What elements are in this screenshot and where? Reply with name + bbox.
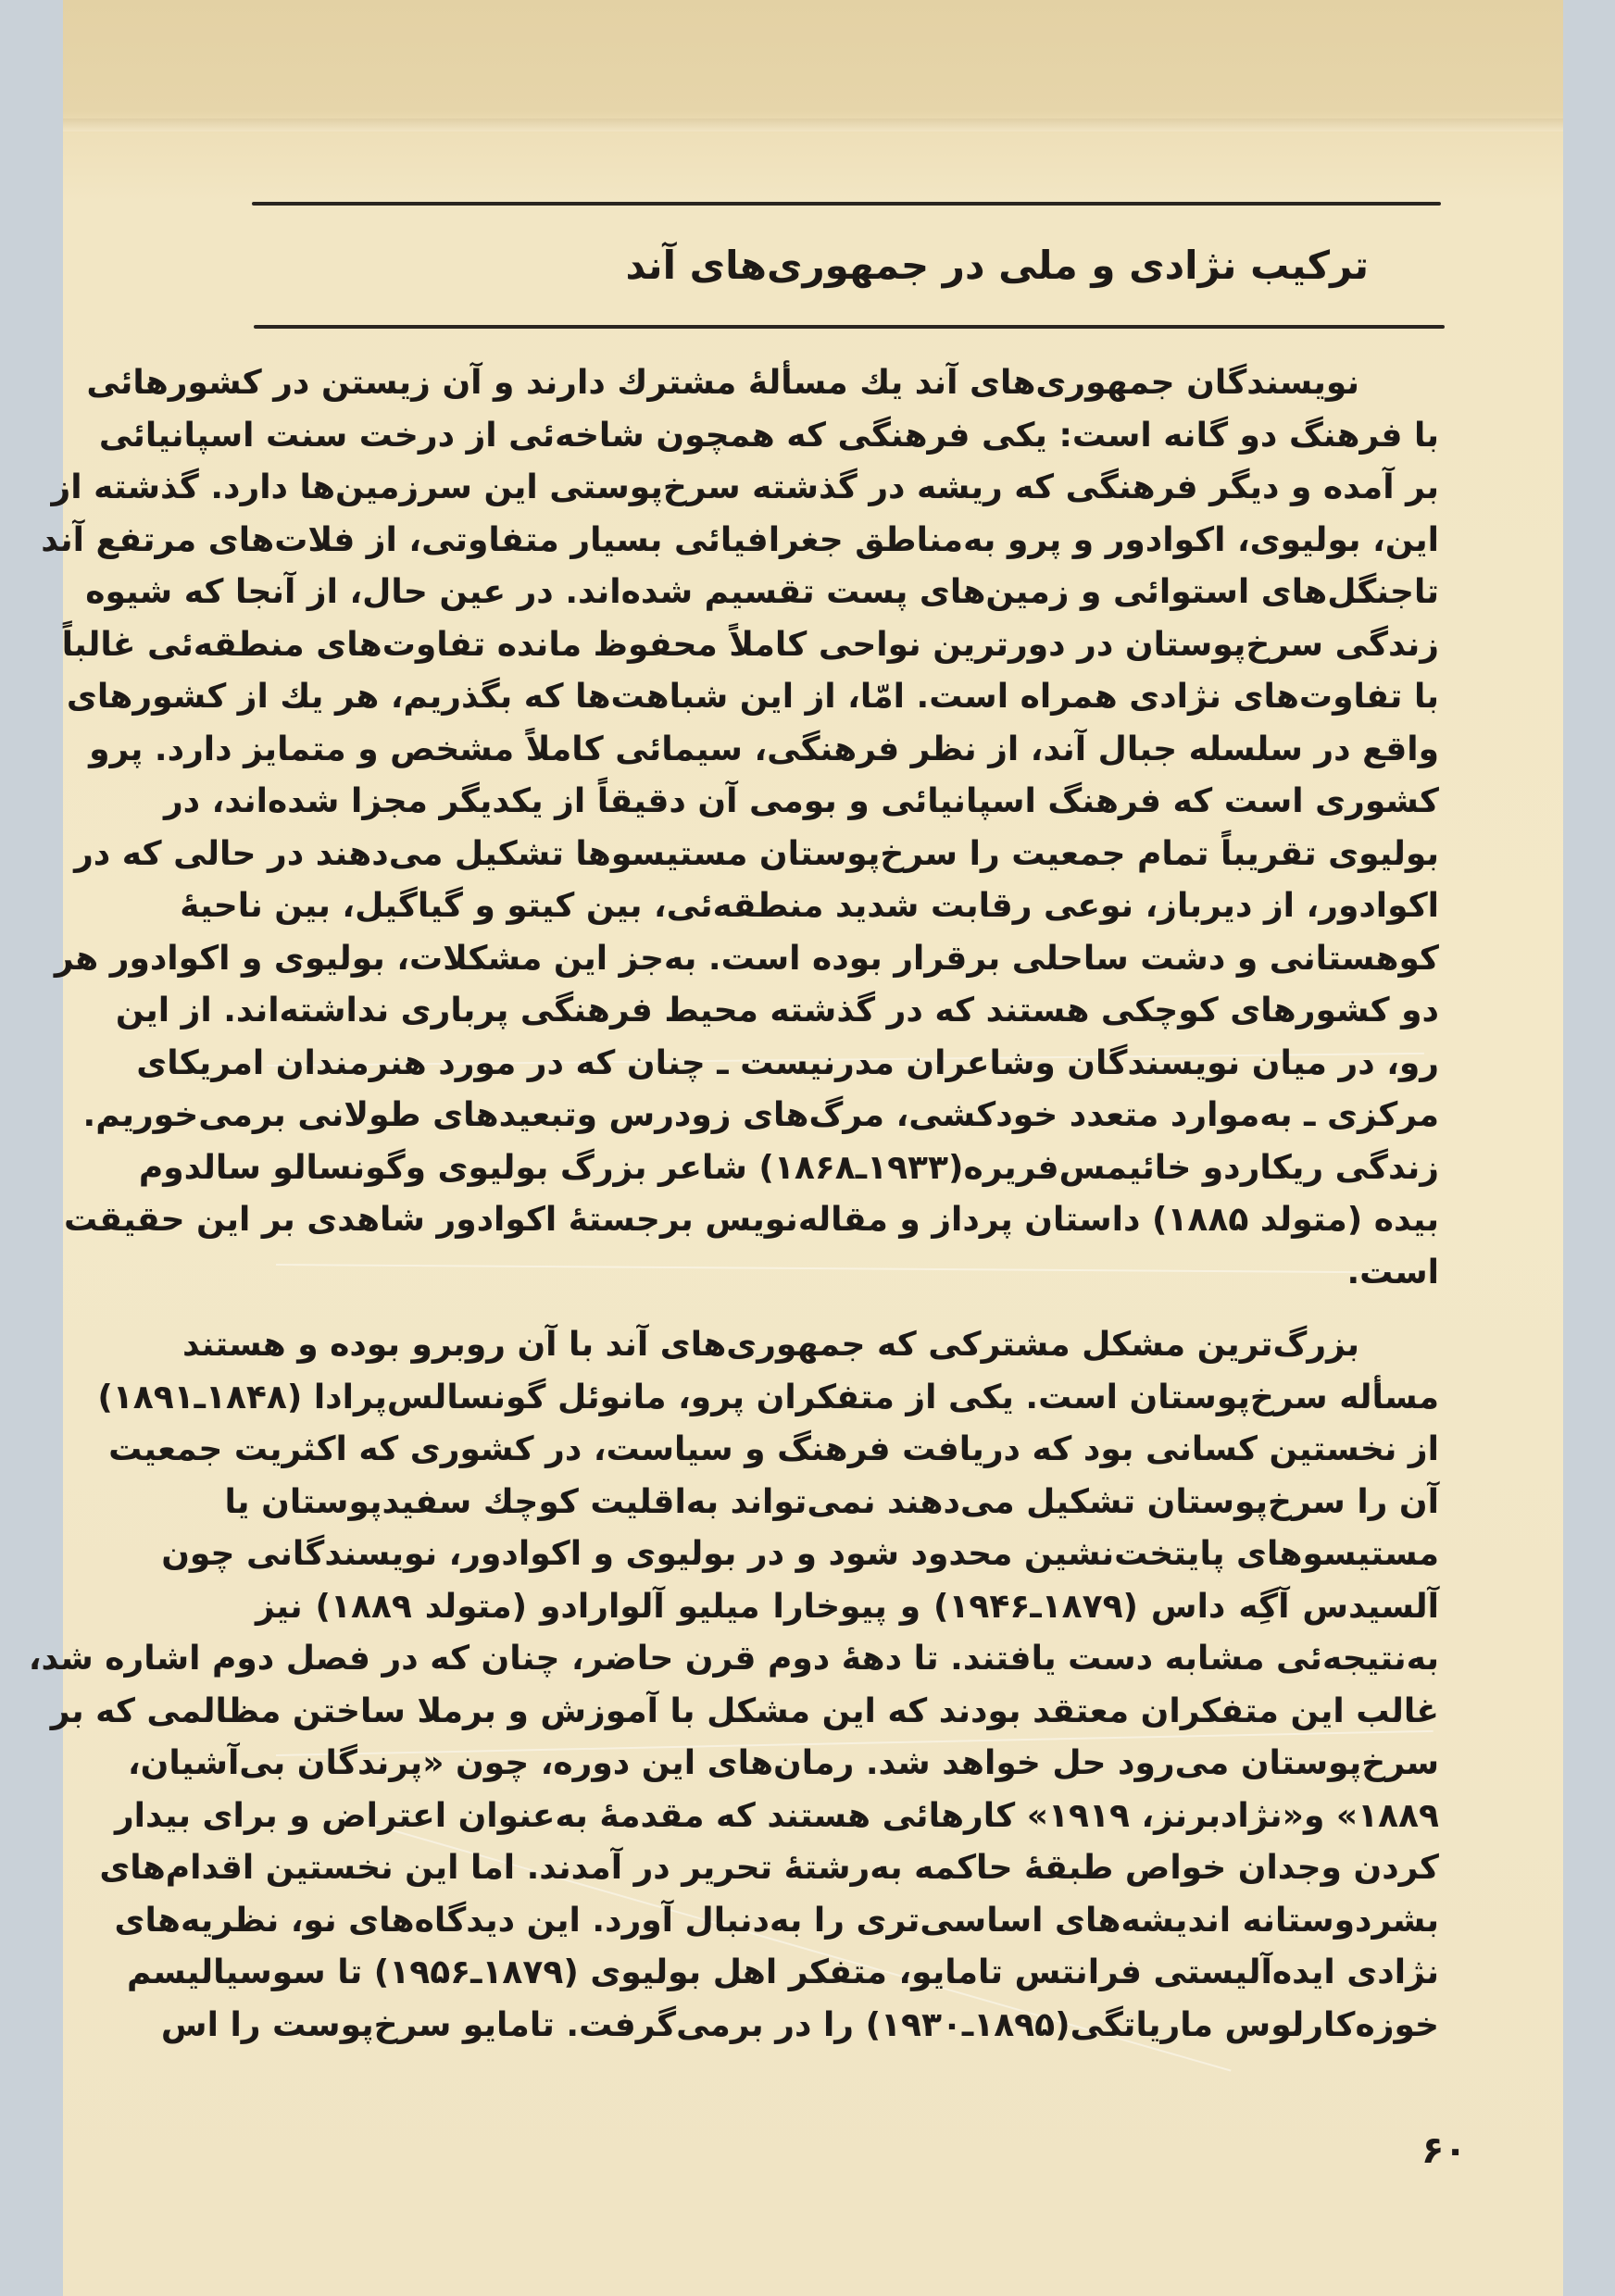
- text-line: از نخستین کسانی بود که دریافت فرهنگ و سی…: [256, 1424, 1439, 1477]
- text-line: بولیوی تقریباً تمام جمعیت را سرخ‌پوستان …: [256, 829, 1439, 881]
- text-line: با تفاوت‌های نژادی همراه است. امّا، از ا…: [256, 671, 1439, 724]
- text-line: بر آمده و دیگر فرهنگی که ریشه در گذشته س…: [256, 462, 1439, 515]
- text-line: مستیسوهای پایتخت‌نشین محدود شود و در بول…: [256, 1529, 1439, 1581]
- text-line: مسأله سرخ‌پوستان است. یکی از متفکران پرو…: [256, 1372, 1439, 1425]
- chapter-title: ترکیب نژادی و ملی در جمهوری‌های آند: [626, 243, 1369, 288]
- text-line: است.: [256, 1247, 1439, 1300]
- text-line: آلسیدس آگِه داس (۱۸۷۹ـ۱۹۴۶) و پیوخارا می…: [256, 1581, 1439, 1634]
- paragraph-2: بزرگ‌ترین مشکل مشترکی که جمهوری‌های آند …: [256, 1319, 1439, 2052]
- text-line: بشردوستانه اندیشه‌های اساسی‌تری را به‌دن…: [256, 1895, 1439, 1948]
- page-number: ۶۰: [1421, 2129, 1467, 2172]
- text-line: با فرهنگ دو گانه است: یکی فرهنگی که همچو…: [256, 410, 1439, 463]
- text-line: بیده (متولد ۱۸۸۵) داستان پرداز و مقاله‌ن…: [256, 1194, 1439, 1247]
- text-line: اکوادور، از دیرباز، نوعی رقابت شدید منطق…: [256, 880, 1439, 933]
- title-rule-bottom: [254, 325, 1445, 329]
- text-line: ۱۸۸۹» و«نژادبرنز، ۱۹۱۹» کارهائی هستند که…: [256, 1791, 1439, 1843]
- text-line: کردن وجدان خواص طبقهٔ حاکمه به‌رشتهٔ تحر…: [256, 1842, 1439, 1895]
- text-line: زندگی ریکاردو خائیمس‌فریره(۱۹۳۳ـ۱۸۶۸) شا…: [256, 1142, 1439, 1195]
- text-line: به‌نتیجه‌ئی مشابه دست یافتند. تا دههٔ دو…: [256, 1633, 1439, 1686]
- body-text: نویسندگان جمهوری‌های آند یك مسألهٔ مشترك…: [256, 357, 1439, 2052]
- text-line: زندگی سرخ‌پوستان در دورترین نواحی کاملاً…: [256, 619, 1439, 672]
- text-line: بزرگ‌ترین مشکل مشترکی که جمهوری‌های آند …: [256, 1319, 1439, 1372]
- text-line: واقع در سلسله جبال آند، از نظر فرهنگی، س…: [256, 724, 1439, 777]
- text-line: رو، در میان نویسندگان وشاعران مدرنیست ـ …: [256, 1038, 1439, 1091]
- title-rule-top: [252, 202, 1441, 206]
- text-line: کوهستانی و دشت ساحلی برقرار بوده است. به…: [256, 933, 1439, 986]
- text-line: تاجنگل‌های استوائی و زمین‌های پست تقسیم …: [256, 567, 1439, 619]
- text-line: نژادی ایده‌آلیستی فرانتس تامایو، متفکر ا…: [256, 1947, 1439, 2000]
- text-line: خوزه‌کارلوس ماریاتگی(۱۸۹۵ـ۱۹۳۰) را در بر…: [256, 2000, 1439, 2053]
- page-fold: [63, 119, 1563, 131]
- text-line: غالب این متفکران معتقد بودند که این مشکل…: [256, 1686, 1439, 1739]
- text-line: مرکزی ـ به‌موارد متعدد خودکشی، مرگ‌های ز…: [256, 1090, 1439, 1142]
- text-line: کشوری است که فرهنگ اسپانیائی و بومی آن د…: [256, 776, 1439, 829]
- text-line: سرخ‌پوستان می‌رود حل خواهد شد. رمان‌های …: [256, 1738, 1439, 1791]
- paragraph-1: نویسندگان جمهوری‌های آند یك مسألهٔ مشترك…: [256, 357, 1439, 1299]
- book-page: ترکیب نژادی و ملی در جمهوری‌های آند نویس…: [63, 0, 1563, 2296]
- text-line: نویسندگان جمهوری‌های آند یك مسألهٔ مشترك…: [256, 357, 1439, 410]
- text-line: این، بولیوی، اکوادور و پرو به‌مناطق جغرا…: [256, 515, 1439, 568]
- paragraph-gap: [256, 1299, 1439, 1319]
- text-line: آن را سرخ‌پوستان تشکیل می‌دهند نمی‌تواند…: [256, 1477, 1439, 1529]
- text-line: دو کشورهای کوچکی هستند که در گذشته محیط …: [256, 985, 1439, 1038]
